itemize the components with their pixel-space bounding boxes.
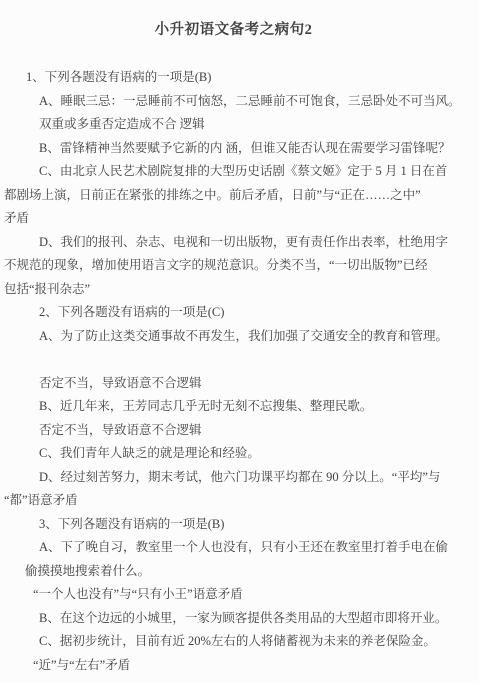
document-line: C、我们青年人缺乏的就是理论和经验。: [0, 442, 467, 466]
document-line: 包括“报刊杂志”: [0, 278, 467, 302]
document-title: 小升初语文备考之病句2: [0, 20, 467, 40]
document-line: 都剧场上演，日前正在紧张的排练之中。前后矛盾，日前”与“正在……之中”: [0, 184, 467, 208]
document-line: 否定不当，导致语意不合逻辑: [0, 372, 467, 396]
document-line: 否定不当，导致语意不合逻辑: [0, 419, 467, 443]
document-line: B、在这个边远的小城里，一家为顾客提供各类用品的大型超市即将开业。: [0, 607, 467, 631]
document-line: D、我们的报刊、杂志、电视和一切出版物，更有责任作出表率，杜绝用字: [0, 231, 467, 255]
document-line: 1、下列各题没有语病的一项是(B): [0, 66, 467, 90]
document-line: C、由北京人民艺术剧院复排的大型历史话剧《蔡文姬》定于 5 月 1 日在首: [0, 160, 467, 184]
document-line: [0, 348, 467, 372]
document-line: A、睡眠三忌：一忌睡前不可恼怒，二忌睡前不可饱食，三忌卧处不可当风。: [0, 90, 467, 114]
document-line: C、据初步统计，目前有近 20%左右的人将储蓄视为未来的养老保险金。: [0, 630, 467, 654]
document-line: “都”语意矛盾: [0, 489, 467, 513]
document-line: B、雷锋精神当然要赋予它新的内 涵，但谁又能否认现在需要学习雷锋呢？: [0, 137, 467, 161]
document-line: D、经过刻苦努力，期末考试，他六门功课平均都在 90 分以上。“平均”与: [0, 466, 467, 490]
document: 小升初语文备考之病句2 1、下列各题没有语病的一项是(B)A、睡眠三忌：一忌睡前…: [0, 0, 479, 683]
document-line: A、为了防止这类交通事故不再发生，我们加强了交通安全的教育和管理。: [0, 325, 467, 349]
document-line: 双重或多重否定造成不合 逻辑: [0, 113, 467, 137]
document-line: “近”与“左右”矛盾: [0, 654, 467, 678]
document-line: 3、下列各题没有语病的一项是(B): [0, 513, 467, 537]
document-line: 不规范的现象，增加使用语言文字的规范意识。分类不当，“一切出版物”已经: [0, 254, 467, 278]
document-line: 2、下列各题没有语病的一项是(C): [0, 301, 467, 325]
document-body: 1、下列各题没有语病的一项是(B)A、睡眠三忌：一忌睡前不可恼怒，二忌睡前不可饱…: [0, 66, 467, 677]
document-line: B、近几年来，王芳同志几乎无时无刻不忘搜集、整理民歌。: [0, 395, 467, 419]
document-line: A、下了晚自习，教室里一个人也没有，只有小王还在教室里打着手电在偷: [0, 536, 467, 560]
document-line: 偷摸摸地搜索着什么。: [0, 560, 467, 584]
document-line: 矛盾: [0, 207, 467, 231]
document-line: “一个人也没有”与“只有小王”语意矛盾: [0, 583, 467, 607]
page: { "colors": { "background": "#fcfcfc", "…: [0, 0, 479, 683]
